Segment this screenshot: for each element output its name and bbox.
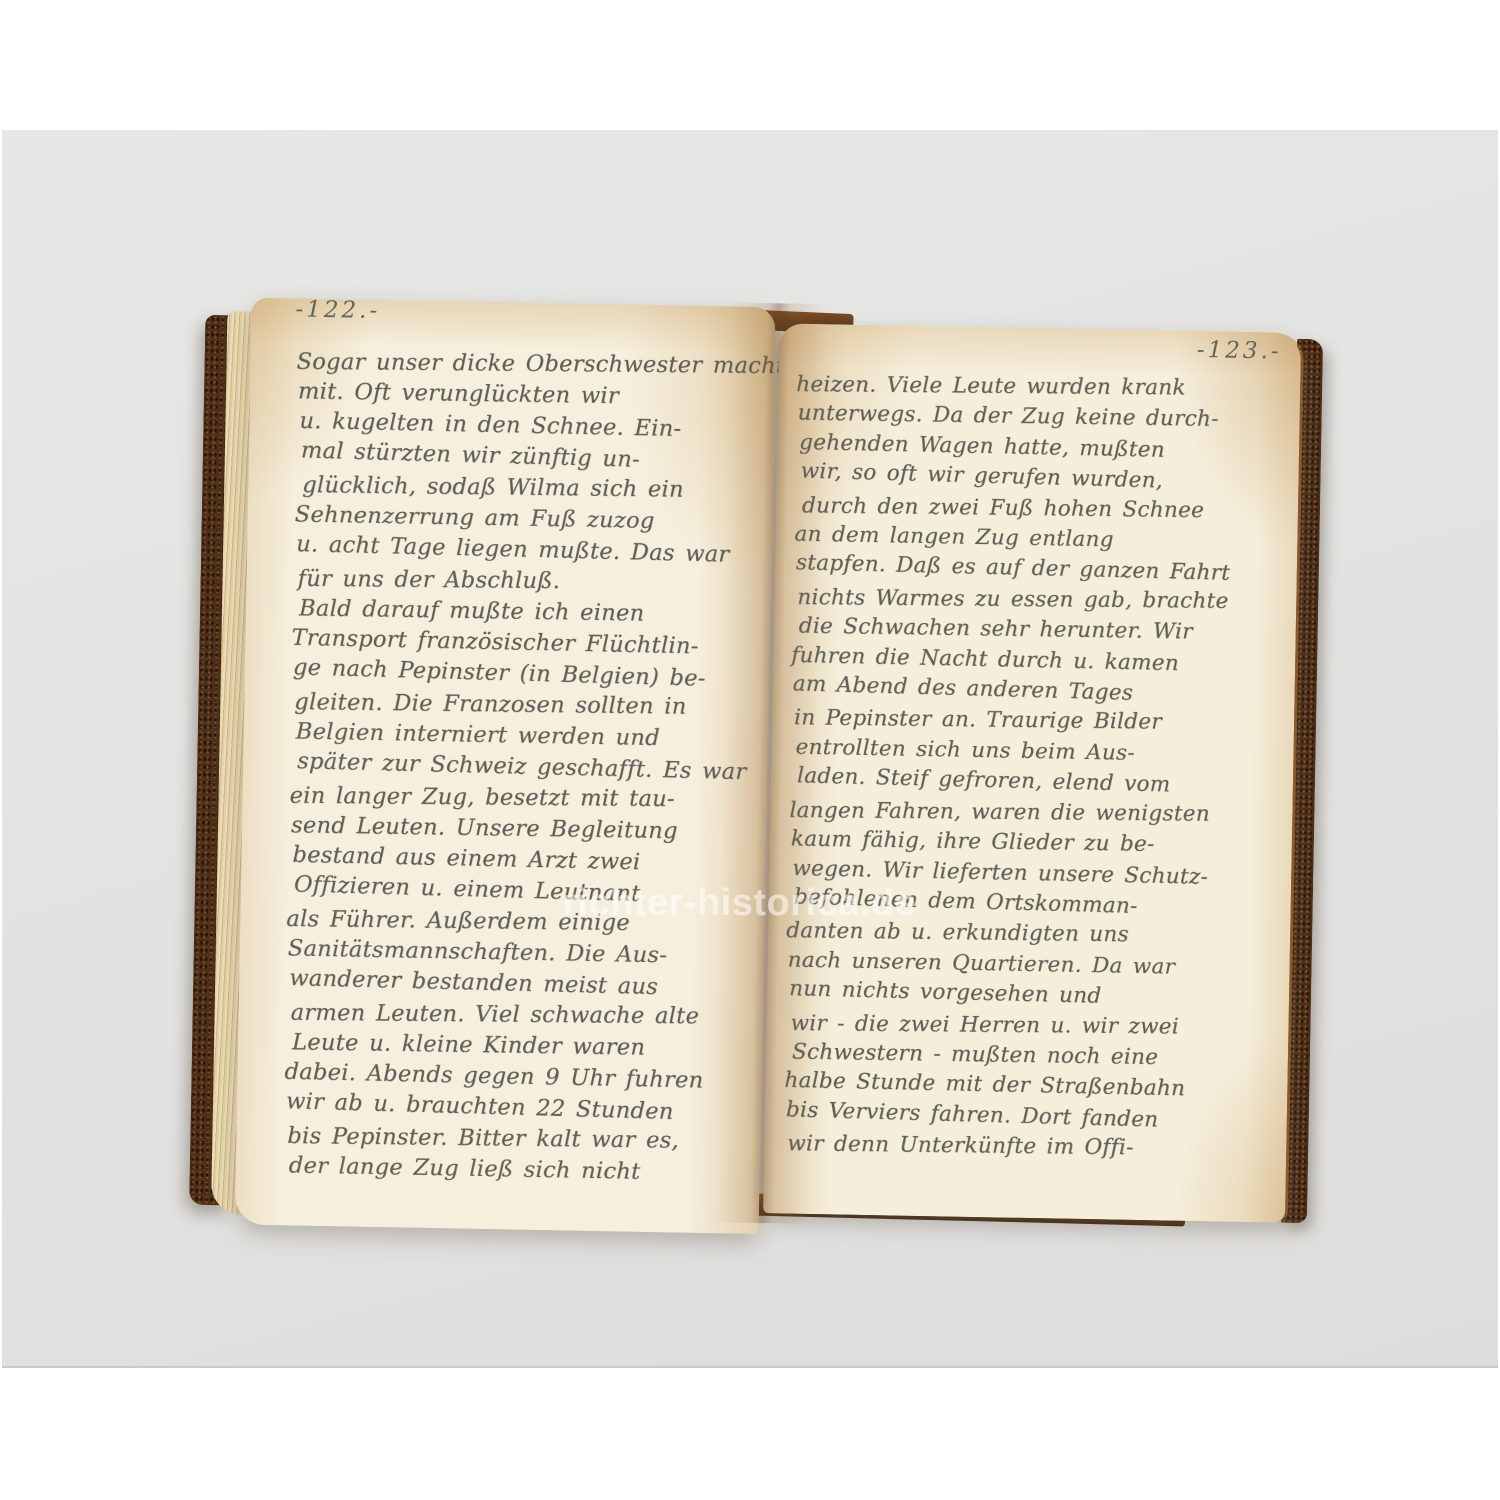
photo-backdrop: -122.- Sogar unser dicke Oberschwester m… [2,130,1498,1368]
diary-page-left: -122.- Sogar unser dicke Oberschwester m… [235,298,776,1234]
diary-book: -122.- Sogar unser dicke Oberschwester m… [196,285,1318,1270]
handwriting-right: heizen. Viele Leute wurden krankunterweg… [786,368,1292,1167]
page-number-right: -123.- [1197,337,1282,365]
handwriting-line: wir denn Unterkünfte im Offi- [787,1129,1279,1165]
page-number-left: -122.- [295,296,380,324]
screenshot-root: { "photo": { "background_color": "#e3e3e… [0,0,1500,1500]
diary-page-right: -123.- heizen. Viele Leute wurden kranku… [763,323,1301,1222]
handwriting-left: Sogar unser dicke Oberschwester machtemi… [286,345,771,1190]
